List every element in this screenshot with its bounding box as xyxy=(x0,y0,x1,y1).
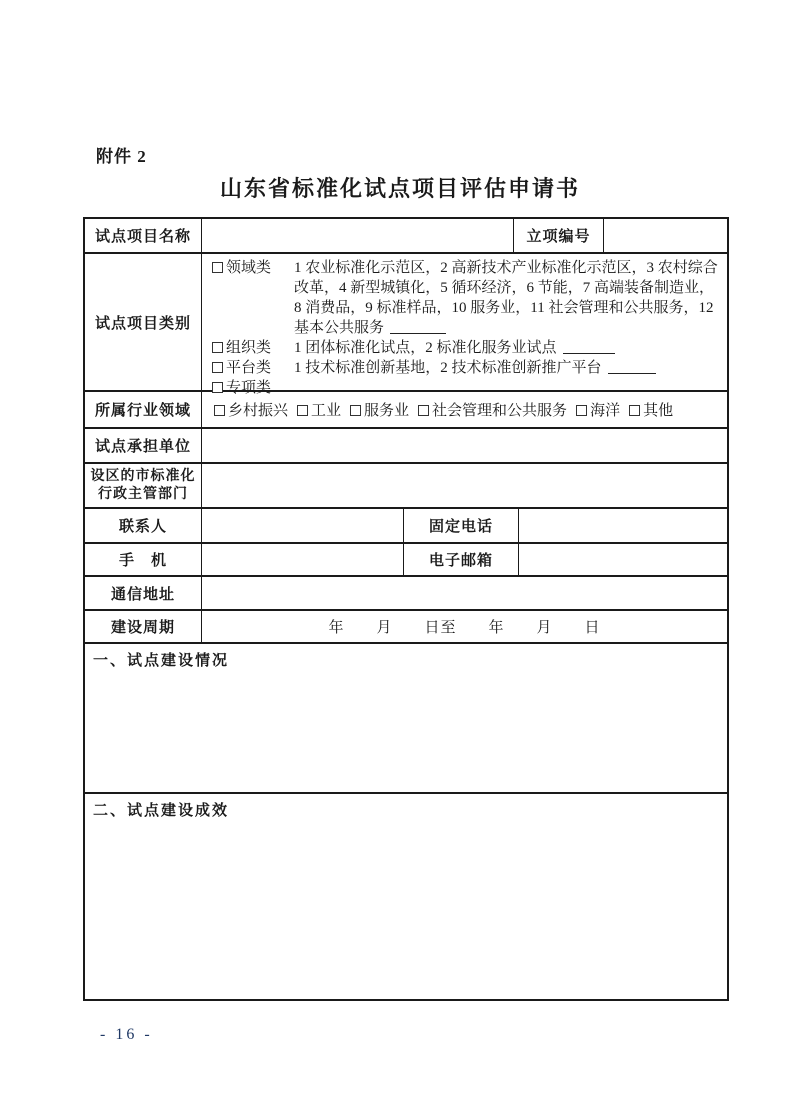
category-organization-name: 组织类 xyxy=(226,340,271,356)
industry-option-social-public-service[interactable]: 社会管理和公共服务 xyxy=(418,399,567,420)
email-input[interactable] xyxy=(518,544,727,575)
fill-in-blank[interactable] xyxy=(608,361,656,374)
section2-title: 二、试点建设成效 xyxy=(93,803,229,819)
document-page: 附件 2 山东省标准化试点项目评估申请书 试点项目名称 立项编号 试点项目类别 … xyxy=(0,0,800,1108)
application-form-table: 试点项目名称 立项编号 试点项目类别 领域类 1 农业标准化示范区，2 高新技术… xyxy=(83,217,729,1001)
checkbox-icon[interactable] xyxy=(212,262,223,273)
mobile-input[interactable] xyxy=(201,544,403,575)
checkbox-icon[interactable] xyxy=(418,405,429,416)
address-input[interactable] xyxy=(201,577,727,609)
category-domain-name: 领域类 xyxy=(226,260,271,276)
row-contact: 联系人 固定电话 xyxy=(85,507,727,542)
row-mobile: 手 机 电子邮箱 xyxy=(85,542,727,575)
section1-title: 一、试点建设情况 xyxy=(93,653,229,669)
page-title: 山东省标准化试点项目评估申请书 xyxy=(0,172,800,203)
checkbox-icon[interactable] xyxy=(212,342,223,353)
mobile-label: 手 机 xyxy=(85,544,201,575)
row-project-category: 试点项目类别 领域类 1 农业标准化示范区，2 高新技术产业标准化示范区，3 农… xyxy=(85,252,727,390)
fill-in-blank[interactable] xyxy=(563,341,615,354)
checkbox-icon[interactable] xyxy=(214,405,225,416)
row-authority: 设区的市标准化 行政主管部门 xyxy=(85,462,727,507)
industry-option-marine[interactable]: 海洋 xyxy=(576,399,620,420)
row-project-name: 试点项目名称 立项编号 xyxy=(85,219,727,252)
project-name-label: 试点项目名称 xyxy=(85,219,201,252)
project-category-label: 试点项目类别 xyxy=(85,254,201,390)
row-period: 建设周期 年 月 日至 年 月 日 xyxy=(85,609,727,642)
email-label: 电子邮箱 xyxy=(403,544,518,575)
checkbox-icon[interactable] xyxy=(576,405,587,416)
checkbox-icon[interactable] xyxy=(212,362,223,373)
attachment-label: 附件 2 xyxy=(96,142,147,167)
category-domain-desc: 1 农业标准化示范区，2 高新技术产业标准化示范区，3 农村综合改革，4 新型城… xyxy=(294,258,719,338)
phone-input[interactable] xyxy=(518,509,727,542)
industry-options: 乡村振兴 工业 服务业 社会管理和公共服务 海洋 其他 xyxy=(201,392,727,427)
industry-option-industrial[interactable]: 工业 xyxy=(297,399,341,420)
checkbox-icon[interactable] xyxy=(629,405,640,416)
period-input[interactable]: 年 月 日至 年 月 日 xyxy=(201,611,727,642)
section-construction-results: 二、试点建设成效 xyxy=(85,792,727,999)
category-domain-checkbox[interactable]: 领域类 xyxy=(212,258,294,278)
category-option-organization: 组织类 1 团体标准化试点，2 标准化服务业试点 xyxy=(212,338,719,358)
undertaker-input[interactable] xyxy=(201,429,727,462)
row-address: 通信地址 xyxy=(85,575,727,609)
industry-option-other[interactable]: 其他 xyxy=(629,399,673,420)
fill-in-blank[interactable] xyxy=(390,321,446,334)
authority-label-line2: 行政主管部门 xyxy=(98,486,188,504)
project-number-input[interactable] xyxy=(603,219,727,252)
industry-option-rural-revitalization[interactable]: 乡村振兴 xyxy=(214,399,288,420)
category-option-domain: 领域类 1 农业标准化示范区，2 高新技术产业标准化示范区，3 农村综合改革，4… xyxy=(212,258,719,338)
section2-area[interactable]: 二、试点建设成效 xyxy=(85,794,727,999)
checkbox-icon[interactable] xyxy=(297,405,308,416)
project-number-label: 立项编号 xyxy=(513,219,603,252)
section1-area[interactable]: 一、试点建设情况 xyxy=(85,644,727,792)
category-organization-desc: 1 团体标准化试点，2 标准化服务业试点 xyxy=(294,338,719,358)
category-organization-checkbox[interactable]: 组织类 xyxy=(212,338,294,358)
category-platform-checkbox[interactable]: 平台类 xyxy=(212,358,294,378)
category-platform-desc: 1 技术标准创新基地，2 技术标准创新推广平台 xyxy=(294,358,719,378)
phone-label: 固定电话 xyxy=(403,509,518,542)
industry-option-service[interactable]: 服务业 xyxy=(350,399,409,420)
category-platform-name: 平台类 xyxy=(226,360,271,376)
period-label: 建设周期 xyxy=(85,611,201,642)
undertaker-label: 试点承担单位 xyxy=(85,429,201,462)
row-industry: 所属行业领域 乡村振兴 工业 服务业 社会管理和公共服务 海洋 其他 xyxy=(85,390,727,427)
contact-input[interactable] xyxy=(201,509,403,542)
authority-input[interactable] xyxy=(201,464,727,507)
industry-label: 所属行业领域 xyxy=(85,392,201,427)
contact-label: 联系人 xyxy=(85,509,201,542)
checkbox-icon[interactable] xyxy=(350,405,361,416)
page-number: - 16 - xyxy=(100,1026,153,1044)
project-name-input[interactable] xyxy=(201,219,513,252)
address-label: 通信地址 xyxy=(85,577,201,609)
category-option-platform: 平台类 1 技术标准创新基地，2 技术标准创新推广平台 xyxy=(212,358,719,378)
row-undertaker: 试点承担单位 xyxy=(85,427,727,462)
project-category-content: 领域类 1 农业标准化示范区，2 高新技术产业标准化示范区，3 农村综合改革，4… xyxy=(201,254,727,390)
authority-label-line1: 设区的市标准化 xyxy=(91,468,196,486)
section-construction-status: 一、试点建设情况 xyxy=(85,642,727,792)
authority-label: 设区的市标准化 行政主管部门 xyxy=(85,464,201,507)
